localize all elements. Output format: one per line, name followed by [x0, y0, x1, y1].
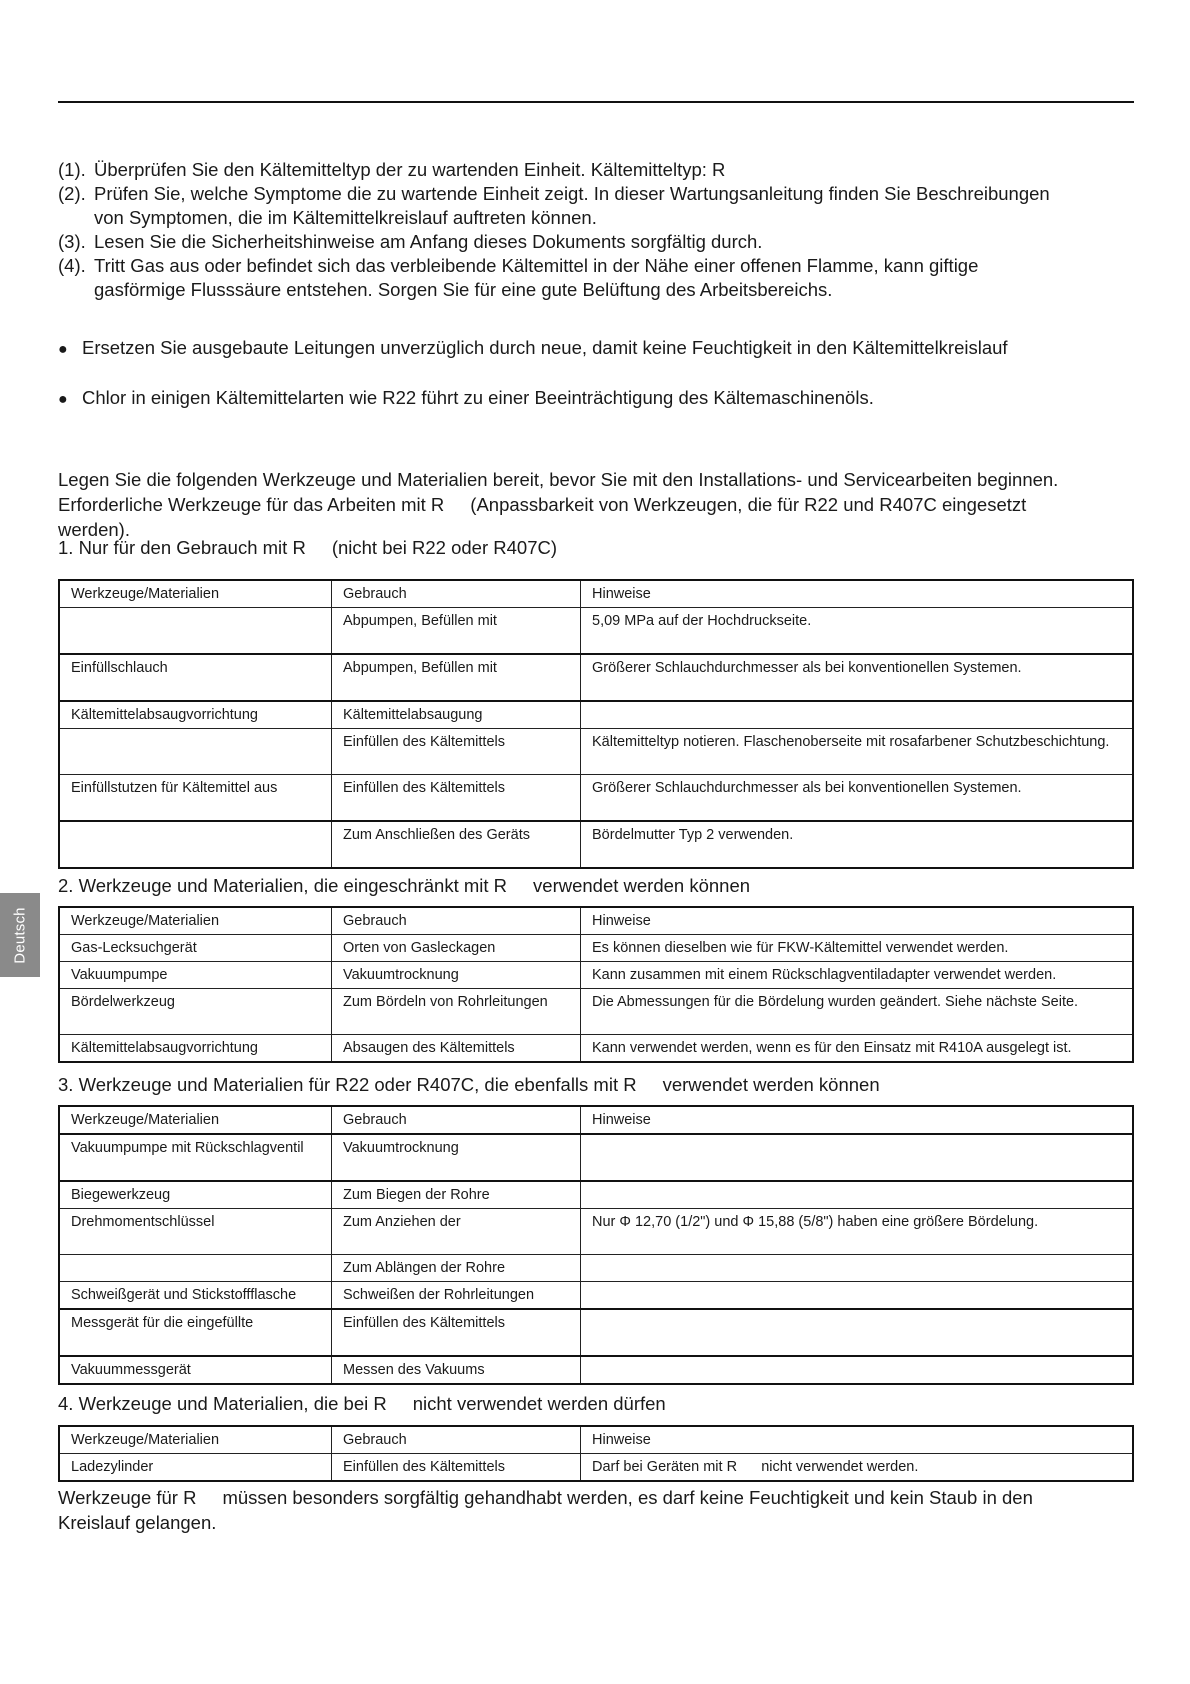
table-row: Messgerät für die eingefüllte Einfüllen … [59, 1309, 1133, 1356]
table-row: Einfüllen des Kältemittels Kältemittelty… [59, 729, 1133, 775]
step-text: Überprüfen Sie den Kältemitteltyp der zu… [94, 158, 1138, 182]
intro-line: Erforderliche Werkzeuge für das Arbeiten… [58, 492, 1138, 517]
intro-paragraph: Legen Sie die folgenden Werkzeuge und Ma… [58, 467, 1138, 542]
bullet-text: Ersetzen Sie ausgebaute Leitungen unverz… [82, 336, 1008, 360]
bullet-icon: ● [58, 338, 82, 362]
table-row: Kältemittelabsaugvorrichtung Absaugen de… [59, 1035, 1133, 1063]
table-row: Zum Ablängen der Rohre [59, 1255, 1133, 1282]
language-tab: Deutsch [0, 893, 40, 977]
intro-text: Erforderliche Werkzeuge für das Arbeiten… [58, 494, 444, 515]
table-row: Drehmomentschlüssel Zum Anziehen der Nur… [59, 1209, 1133, 1255]
table-row: Gas-Lecksuchgerät Orten von Gasleckagen … [59, 935, 1133, 962]
step-text: von Symptomen, die im Kältemittelkreisla… [94, 206, 1138, 230]
tools-table-3: Werkzeuge/Materialien Gebrauch Hinweise … [58, 1105, 1134, 1385]
bullet-icon: ● [58, 388, 82, 412]
intro-line: Legen Sie die folgenden Werkzeuge und Ma… [58, 467, 1138, 492]
language-tab-label: Deutsch [12, 907, 29, 963]
table-row: Kältemittelabsaugvorrichtung Kältemittel… [59, 701, 1133, 729]
table-header: Werkzeuge/Materialien Gebrauch Hinweise [59, 580, 1133, 608]
table-row: Vakuumpumpe Vakuumtrocknung Kann zusamme… [59, 962, 1133, 989]
table-row: Einfüllstutzen für Kältemittel aus Einfü… [59, 775, 1133, 822]
table-header: Werkzeuge/Materialien Gebrauch Hinweise [59, 1106, 1133, 1134]
step-text: Prüfen Sie, welche Symptome die zu warte… [94, 182, 1138, 206]
bullet-item: ● Ersetzen Sie ausgebaute Leitungen unve… [58, 336, 1138, 362]
tools-table-4: Werkzeuge/Materialien Gebrauch Hinweise … [58, 1425, 1134, 1482]
step-text: Tritt Gas aus oder befindet sich das ver… [94, 254, 1138, 278]
bullet-list: ● Ersetzen Sie ausgebaute Leitungen unve… [58, 336, 1138, 436]
step-number: (4). [58, 254, 94, 302]
table-header: Werkzeuge/Materialien Gebrauch Hinweise [59, 907, 1133, 935]
step-2: (2). Prüfen Sie, welche Symptome die zu … [58, 182, 1138, 230]
intro-text: (Anpassbarkeit von Werkzeugen, die für R… [470, 494, 1026, 515]
numbered-steps: (1). Überprüfen Sie den Kältemitteltyp d… [58, 158, 1138, 302]
table-row: Biegewerkzeug Zum Biegen der Rohre [59, 1181, 1133, 1209]
table-row: Zum Anschließen des Geräts Bördelmutter … [59, 821, 1133, 868]
step-3: (3). Lesen Sie die Sicherheitshinweise a… [58, 230, 1138, 254]
step-number: (3). [58, 230, 94, 254]
table-row: Vakuummessgerät Messen des Vakuums [59, 1356, 1133, 1384]
bullet-item: ● Chlor in einigen Kältemittelarten wie … [58, 386, 1138, 412]
step-number: (1). [58, 158, 94, 182]
step-text: Lesen Sie die Sicherheitshinweise am Anf… [94, 230, 1138, 254]
table-row: Bördelwerkzeug Zum Bördeln von Rohrleitu… [59, 989, 1133, 1035]
section-title: 3. Werkzeuge und Materialien für R22 ode… [58, 1074, 880, 1096]
bullet-text: Chlor in einigen Kältemittelarten wie R2… [82, 386, 874, 410]
table-row: Vakuumpumpe mit Rückschlagventil Vakuumt… [59, 1134, 1133, 1181]
table-row: Abpumpen, Befüllen mit 5,09 MPa auf der … [59, 608, 1133, 655]
step-1: (1). Überprüfen Sie den Kältemitteltyp d… [58, 158, 1138, 182]
tools-table-2: Werkzeuge/Materialien Gebrauch Hinweise … [58, 906, 1134, 1063]
tools-table-1: Werkzeuge/Materialien Gebrauch Hinweise … [58, 579, 1134, 869]
section-title: 4. Werkzeuge und Materialien, die bei Rn… [58, 1393, 666, 1415]
step-text: gasförmige Flusssäure entstehen. Sorgen … [94, 278, 1138, 302]
step-number: (2). [58, 182, 94, 230]
section-title: 1. Nur für den Gebrauch mit R(nicht bei … [58, 537, 557, 559]
footer-note: Werkzeuge für Rmüssen besonders sorgfält… [58, 1485, 1138, 1535]
table-row: Ladezylinder Einfüllen des Kältemittels … [59, 1454, 1133, 1482]
header-rule [58, 101, 1134, 103]
section-title: 2. Werkzeuge und Materialien, die einges… [58, 875, 750, 897]
table-row: Einfüllschlauch Abpumpen, Befüllen mit G… [59, 654, 1133, 701]
table-row: Schweißgerät und Stickstoffflasche Schwe… [59, 1282, 1133, 1310]
table-header: Werkzeuge/Materialien Gebrauch Hinweise [59, 1426, 1133, 1454]
step-4: (4). Tritt Gas aus oder befindet sich da… [58, 254, 1138, 302]
